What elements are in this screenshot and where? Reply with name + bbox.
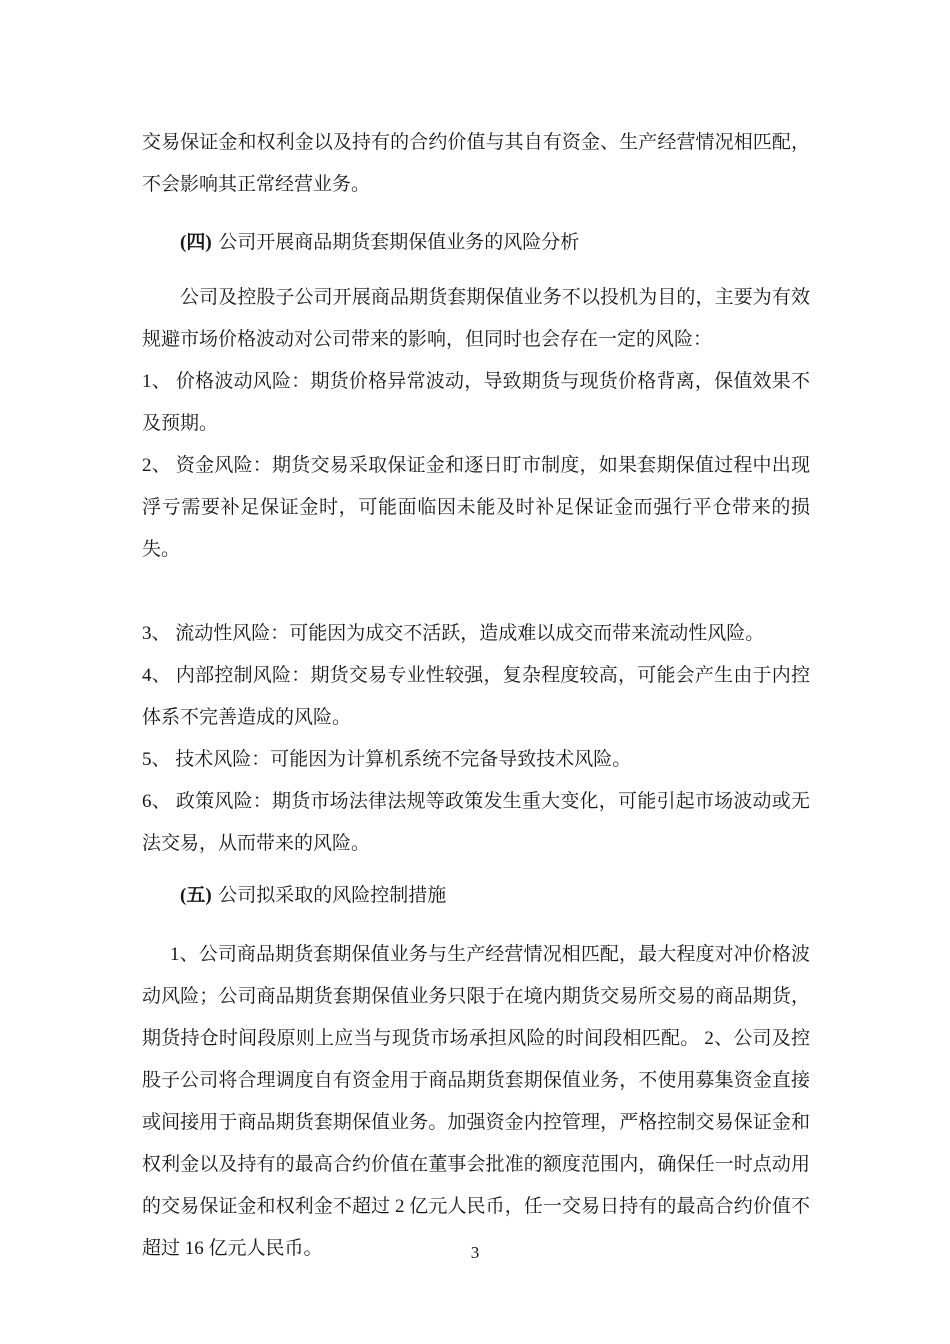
risk-item-policy: 6、 政策风险：期货市场法律法规等政策发生重大变化，可能引起市场波动或无法交易，… — [142, 781, 810, 865]
document-page: 交易保证金和权利金以及持有的合约价值与其自有资金、生产经营情况相匹配，不会影响其… — [0, 0, 950, 1344]
section4-heading-number: (四) — [180, 232, 212, 253]
section4-intro-paragraph: 公司及控股子公司开展商品期货套期保值业务不以投机为目的，主要为有效规避市场价格波… — [142, 277, 810, 361]
section5-heading-title: 公司拟采取的风险控制措施 — [218, 885, 446, 906]
risk-item-internal-control: 4、 内部控制风险：期货交易专业性较强，复杂程度较高，可能会产生由于内控体系不完… — [142, 655, 810, 739]
document-content: 交易保证金和权利金以及持有的合约价值与其自有资金、生产经营情况相匹配，不会影响其… — [142, 122, 810, 1270]
section5-body-paragraph: 1、公司商品期货套期保值业务与生产经营情况相匹配，最大程度对冲价格波动风险；公司… — [142, 934, 810, 1270]
page-number: 3 — [0, 1242, 950, 1264]
risk-item-technical: 5、 技术风险：可能因为计算机系统不完备导致技术风险。 — [142, 739, 810, 781]
section5-heading: (五)公司拟采取的风险控制措施 — [142, 875, 810, 917]
risk-item-liquidity: 3、 流动性风险：可能因为成交不活跃，造成难以成交而带来流动性风险。 — [142, 613, 810, 655]
section5-heading-number: (五) — [180, 885, 212, 906]
paragraph-continued: 交易保证金和权利金以及持有的合约价值与其自有资金、生产经营情况相匹配，不会影响其… — [142, 122, 810, 206]
section4-heading-title: 公司开展商品期货套期保值业务的风险分析 — [218, 232, 579, 253]
section4-heading: (四)公司开展商品期货套期保值业务的风险分析 — [142, 222, 810, 264]
risk-item-price-volatility: 1、 价格波动风险：期货价格异常波动，导致期货与现货价格背离，保值效果不及预期。 — [142, 361, 810, 445]
risk-item-capital: 2、 资金风险：期货交易采取保证金和逐日盯市制度，如果套期保值过程中出现浮亏需要… — [142, 445, 810, 571]
